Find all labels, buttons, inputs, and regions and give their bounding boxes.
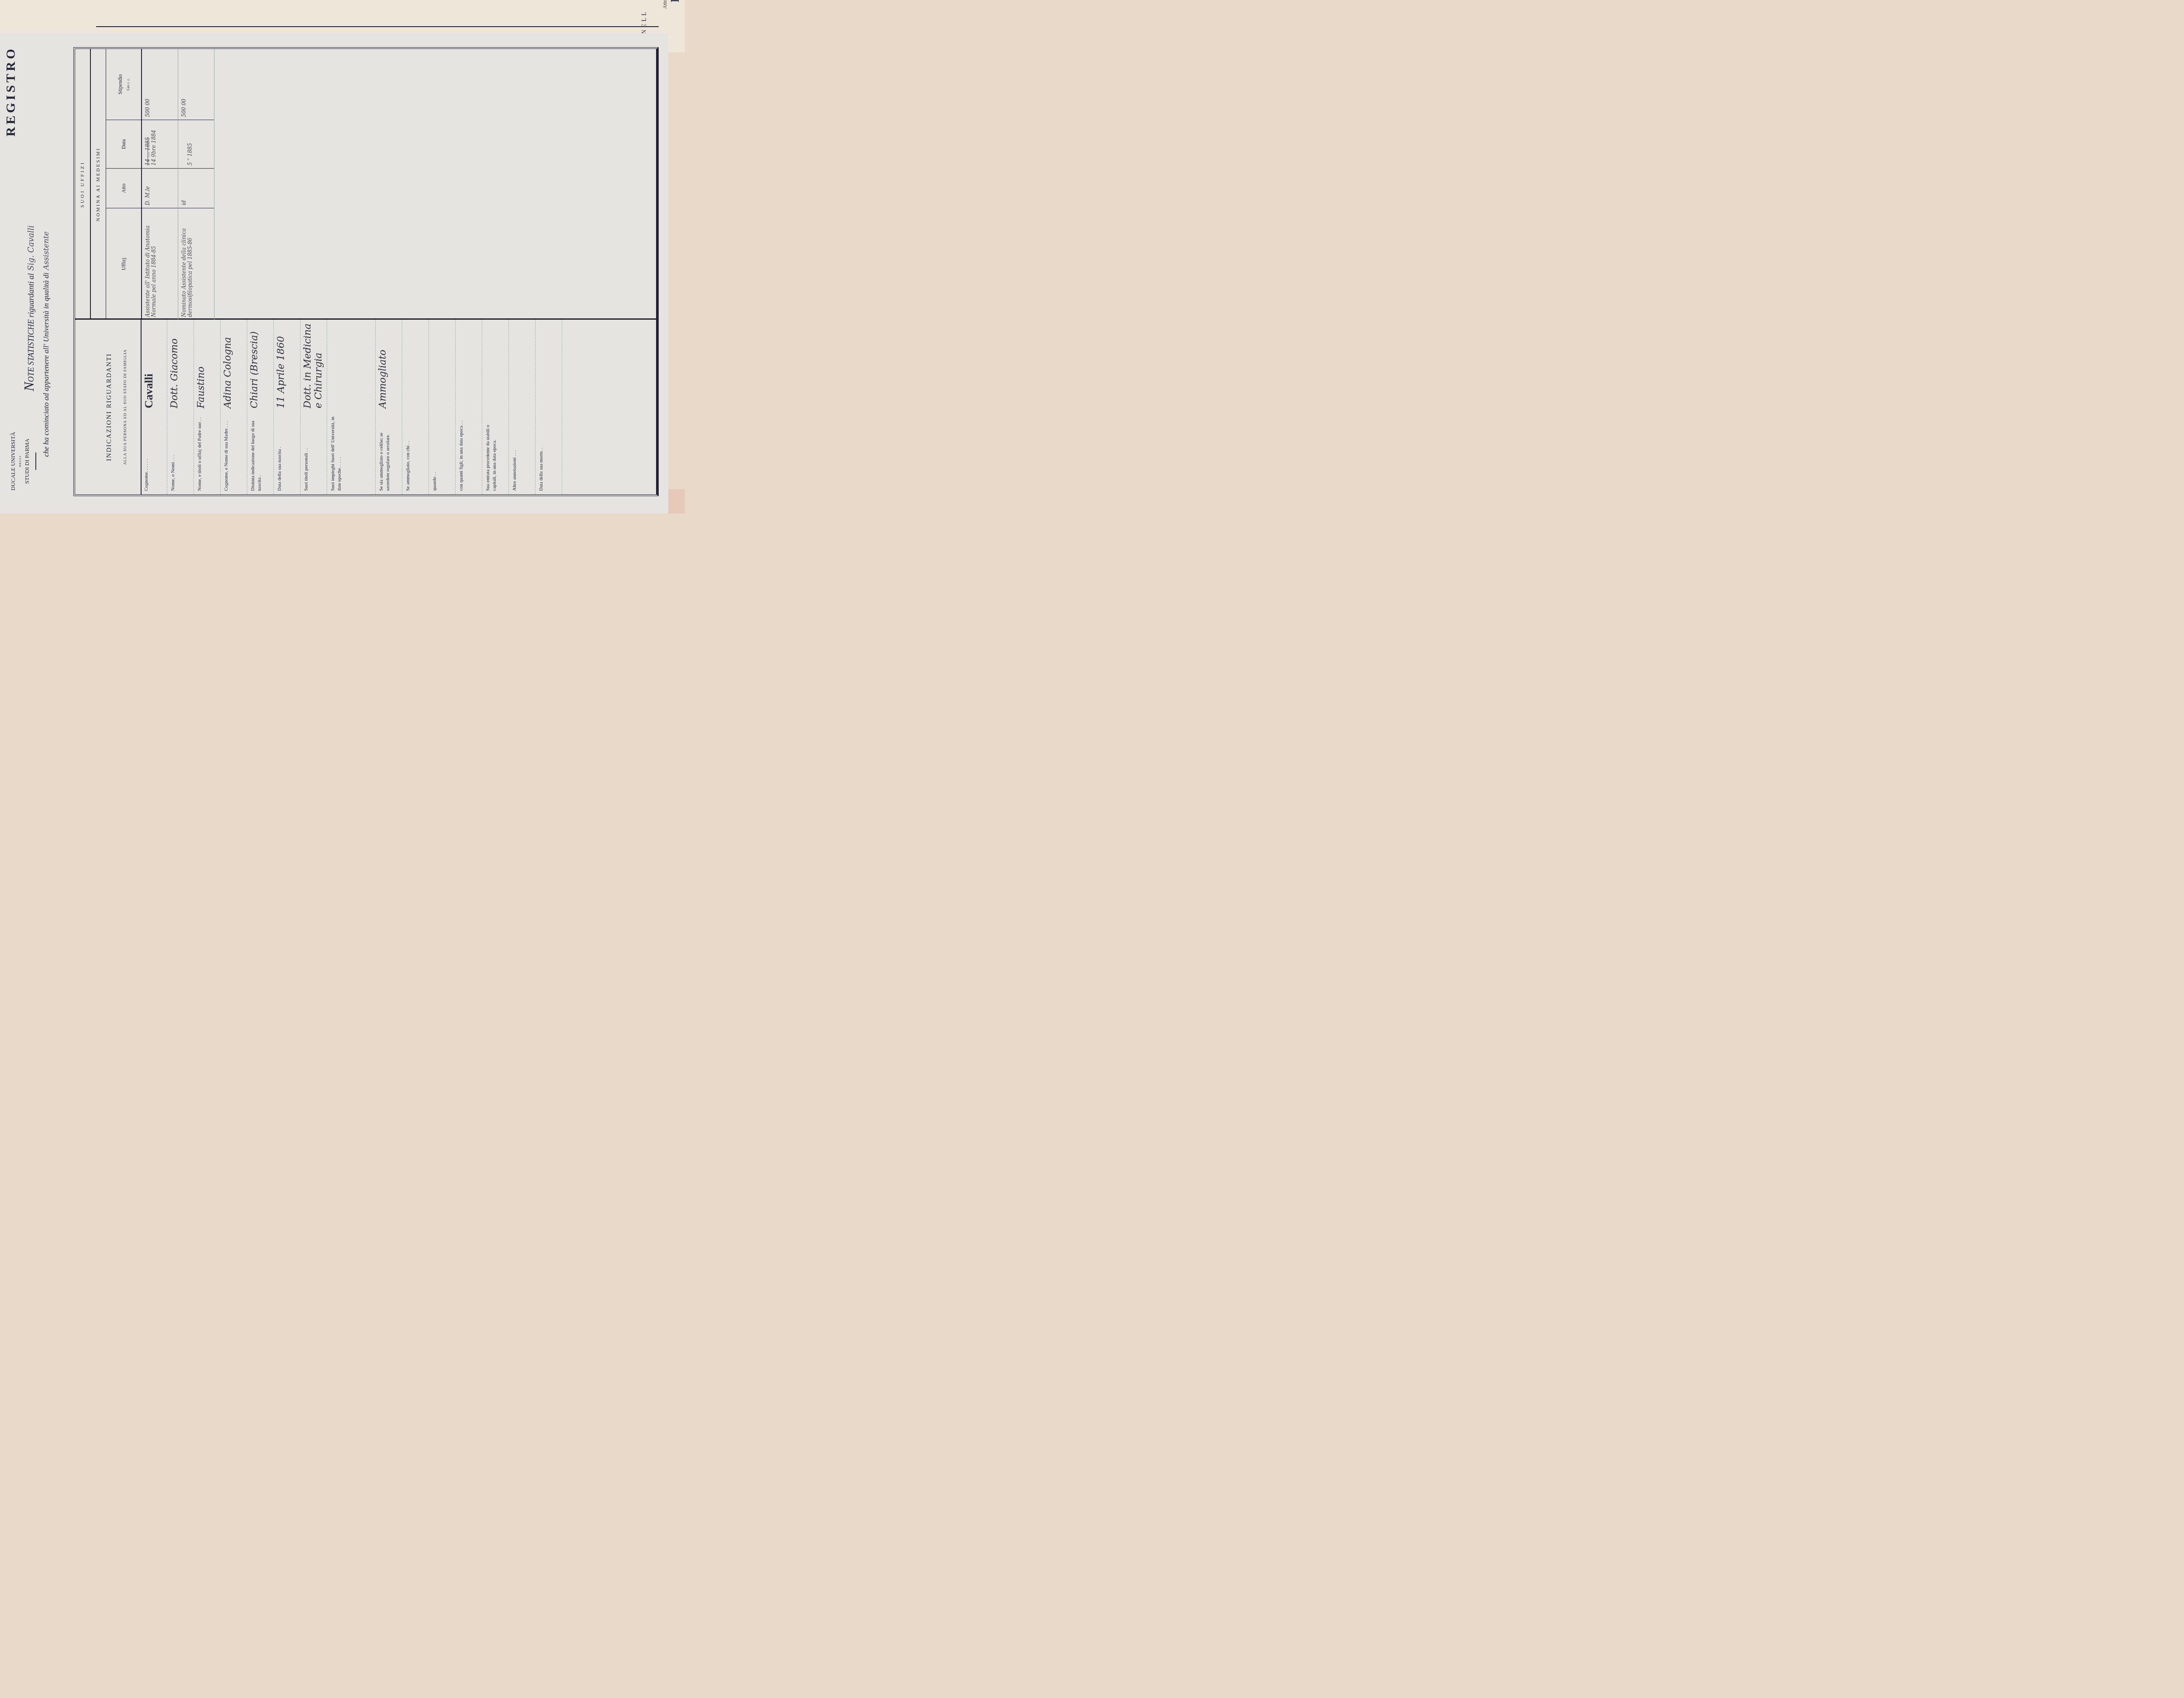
row-label: Suoi titoli personali . . (301, 411, 327, 494)
col-stipendio: Stipendio Lire c. c. (106, 49, 141, 120)
row-label: Altre annotazioni . . . (509, 411, 535, 494)
sheet-header: DUCALE UNIVERSITÀ DEGLI STUDI DI PARMA N… (0, 33, 74, 514)
col-atto: Atto (106, 168, 141, 208)
offices-entries: Assistente all' Istituto di Anatomia Nor… (142, 49, 214, 320)
entry-uffizj: Nominato Assistente della clinica dermos… (178, 208, 214, 320)
office-entry: Nominato Assistente della clinica dermos… (178, 49, 214, 320)
entry-data: 14 ... 188514 9bre 1884 (142, 120, 178, 168)
entry-stipendio: 500 00 (142, 49, 178, 120)
form-row: Suoi impieghi fuori dell' Università, in… (327, 320, 376, 494)
personal-heading: INDICAZIONI RIGUARDANTI (75, 320, 113, 494)
row-value (482, 320, 508, 411)
form-row: Data della sua nascita . 11 Aprile 1860 (274, 320, 301, 494)
row-label: Sua entrata procedente da stabili o capi… (482, 411, 508, 494)
row-label: Cognome. . . . . . (141, 411, 167, 494)
form-row: Cognome. . . . . . Cavalli (141, 320, 167, 494)
form-row: Altre annotazioni . . . (509, 320, 536, 494)
row-value: Chiari (Brescia) (247, 320, 273, 411)
form-row: Nome, e titoli o uffizj del Padre suo . … (194, 320, 221, 494)
form-row: Cognome, e Nome di sua Madre . . . Adina… (221, 320, 247, 494)
row-value (509, 320, 535, 411)
offices-heading: SUOI UFFIZI (75, 49, 91, 320)
offices-columns: Uffizj Atto Data Stipendio Lire c. c. (106, 49, 142, 320)
col-uffizj: Uffizj (106, 208, 141, 320)
personal-rows: Cognome. . . . . . CavalliNome, o Nomi .… (141, 320, 656, 494)
row-label: Cognome, e Nome di sua Madre . . . (221, 411, 247, 494)
row-value: Faustino (194, 320, 220, 411)
form-row: Nome, o Nomi . . . Dott. Giacomo (167, 320, 194, 494)
row-value: Dott. Giacomo (167, 320, 194, 411)
note-title: NOTE STATISTICHE riguardanti alSig. Cava… (21, 225, 37, 391)
row-label: Se sia ammogliato o celibe; se sacerdote… (376, 411, 402, 494)
personal-subheading: ALLA SUA PERSONA ED AL SUO STATO DI FAMI… (113, 320, 127, 494)
form-row: con quanti figli, in una data epoca . . (456, 320, 482, 494)
row-value: Adina Cologna (221, 320, 247, 411)
col-stipendio-sub: Lire c. c. (126, 78, 130, 90)
form-row: Se ammogliato, con chi . . (402, 320, 429, 494)
divider (96, 26, 659, 27)
row-value (402, 320, 429, 411)
row-value (429, 320, 455, 411)
institution-name: DUCALE UNIVERSITÀ (10, 432, 16, 490)
subtitle-text: che ha cominciato ad appartenere all' Un… (42, 273, 50, 457)
row-label: Nome, o Nomi . . . (167, 411, 194, 494)
institution-city: STUDI DI PARMA (24, 438, 30, 484)
row-value: Cavalli (141, 320, 167, 411)
row-value: 11 Aprile 1860 (274, 320, 300, 411)
row-value (536, 320, 562, 411)
form-row: Sua entrata procedente da stabili o capi… (482, 320, 509, 494)
note-initial: N (21, 382, 37, 391)
form-row: Distinta indicazione del luogo di sua na… (247, 320, 274, 494)
form-row: Data della sua morte. . (536, 320, 562, 494)
register-sheet: DUCALE UNIVERSITÀ DEGLI STUDI DI PARMA N… (0, 33, 668, 514)
register-title: REGISTRO (3, 46, 18, 136)
form-row: quando . . (429, 320, 456, 494)
institution-degli: DEGLI (18, 422, 23, 500)
note-title-text: OTE STATISTICHE riguardanti al (27, 273, 35, 382)
row-value (456, 320, 482, 411)
personal-section-header: INDICAZIONI RIGUARDANTI ALLA SUA PERSONA… (75, 320, 142, 494)
entry-stipendio: 500 00 (178, 49, 214, 120)
institution-block: DUCALE UNIVERSITÀ DEGLI STUDI DI PARMA (9, 422, 40, 500)
entry-uffizj: Assistente all' Istituto di Anatomia Nor… (142, 208, 178, 320)
row-label: Data della sua morte. . (536, 411, 562, 494)
entry-data-value: 14 9bre 1884 (151, 130, 157, 166)
form-frame: INDICAZIONI RIGUARDANTI ALLA SUA PERSONA… (73, 47, 659, 496)
row-label: Distinta indicazione del luogo di sua na… (247, 411, 273, 494)
row-label: Suoi impieghi fuori dell' Università, in… (327, 411, 375, 494)
back-page-title: REGISTRO PER (668, 0, 682, 3)
entry-data-struck: 14 ... 1885 (145, 137, 151, 166)
entry-data: 5 " 1885 (178, 120, 214, 168)
note-handwritten: Sig. Cavalli (27, 225, 36, 271)
col-stipendio-label: Stipendio (117, 74, 124, 94)
back-page-subheading: NELL (641, 10, 648, 34)
col-data: Data (106, 120, 141, 168)
office-entry: Assistente all' Istituto di Anatomia Nor… (142, 49, 178, 320)
row-label: Se ammogliato, con chi . . (402, 411, 429, 494)
subtitle-handwritten: Assistente (42, 231, 51, 270)
row-value: Ammogliato (376, 320, 402, 411)
row-label: Nome, e titoli o uffizj del Padre suo . … (194, 411, 220, 494)
entry-data-value: 5 " 1885 (187, 143, 193, 166)
form-row: Suoi titoli personali . . Dott. in Medic… (301, 320, 327, 494)
row-label: con quanti figli, in una data epoca . . (456, 411, 482, 494)
appointment-heading: NOMINA AI MEDESIMI (91, 49, 106, 320)
form-row: Se sia ammogliato o celibe; se sacerdote… (376, 320, 402, 494)
row-value: Dott. in Medicina e Chirurgia (301, 320, 327, 411)
offices-section: SUOI UFFIZI NOMINA AI MEDESIMI Uffizj At… (75, 49, 656, 320)
personal-section: INDICAZIONI RIGUARDANTI ALLA SUA PERSONA… (75, 318, 656, 494)
subtitle: che ha cominciato ad appartenere all' Un… (42, 231, 51, 457)
entry-atto: D. M.le (142, 168, 178, 208)
ornament-rule (35, 452, 36, 470)
entry-atto: id (178, 168, 214, 208)
back-page-column-label: Atto (662, 0, 668, 9)
row-label: Data della sua nascita . (274, 411, 300, 494)
row-value (327, 320, 375, 411)
row-label: quando . . (429, 411, 455, 494)
